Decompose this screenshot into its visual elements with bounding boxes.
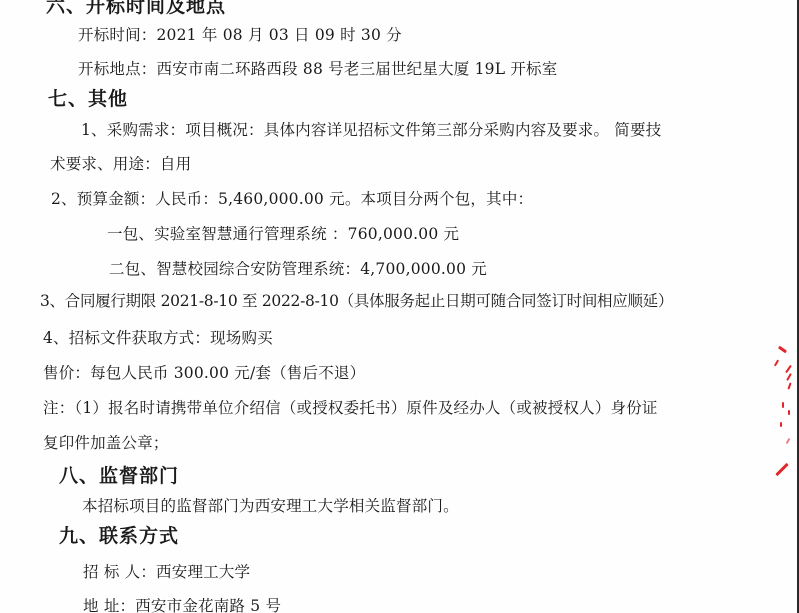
section-9-heading: 九、联系方式 — [59, 526, 179, 546]
opening-place: 开标地点：西安市南二环路西段 88 号老三届世纪星大厦 19L 开标室 — [78, 59, 557, 79]
procurement-need-line1: 1、采购需求：项目概况：具体内容详见招标文件第三部分采购内容及要求。 简要技 — [81, 120, 661, 140]
red-seal-stamp-fragment — [770, 340, 798, 510]
section-7-heading: 七、其他 — [48, 89, 128, 109]
address: 地 址：西安市金花南路 5 号 — [83, 596, 281, 613]
price: 售价：每包人民币 300.00 元/套（售后不退） — [43, 363, 365, 383]
section-8-heading: 八、监督部门 — [59, 466, 179, 486]
contract-period: 3、合同履行期限 2021-8-10 至 2022-8-10（具体服务起止日期可… — [40, 291, 673, 311]
package-1: 一包、实验室智慧通行管理系统 ：760,000.00 元 — [107, 224, 459, 244]
note-line1: 注：（1）报名时请携带单位介绍信（或授权委托书）原件及经办人（或被授权人）身份证 — [43, 398, 658, 418]
document-page: 六、开标时间及地点 开标时间：2021 年 08 月 03 日 09 时 30 … — [0, 0, 797, 613]
budget-amount: 2、预算金额：人民币：5,460,000.00 元。本项目分两个包，其中： — [51, 189, 533, 209]
opening-time: 开标时间：2021 年 08 月 03 日 09 时 30 分 — [78, 25, 402, 45]
tenderer: 招 标 人：西安理工大学 — [83, 562, 250, 582]
package-2: 二包、智慧校园综合安防管理系统：4,700,000.00 元 — [109, 259, 487, 279]
supervision-text: 本招标项目的监督部门为西安理工大学相关监督部门。 — [82, 496, 459, 516]
procurement-need-line2: 术要求、用途：自用 — [50, 154, 191, 174]
note-line2: 复印件加盖公章； — [43, 433, 169, 453]
section-6-heading: 六、开标时间及地点 — [46, 0, 226, 16]
document-acquisition: 4、招标文件获取方式：现场购买 — [43, 328, 273, 348]
